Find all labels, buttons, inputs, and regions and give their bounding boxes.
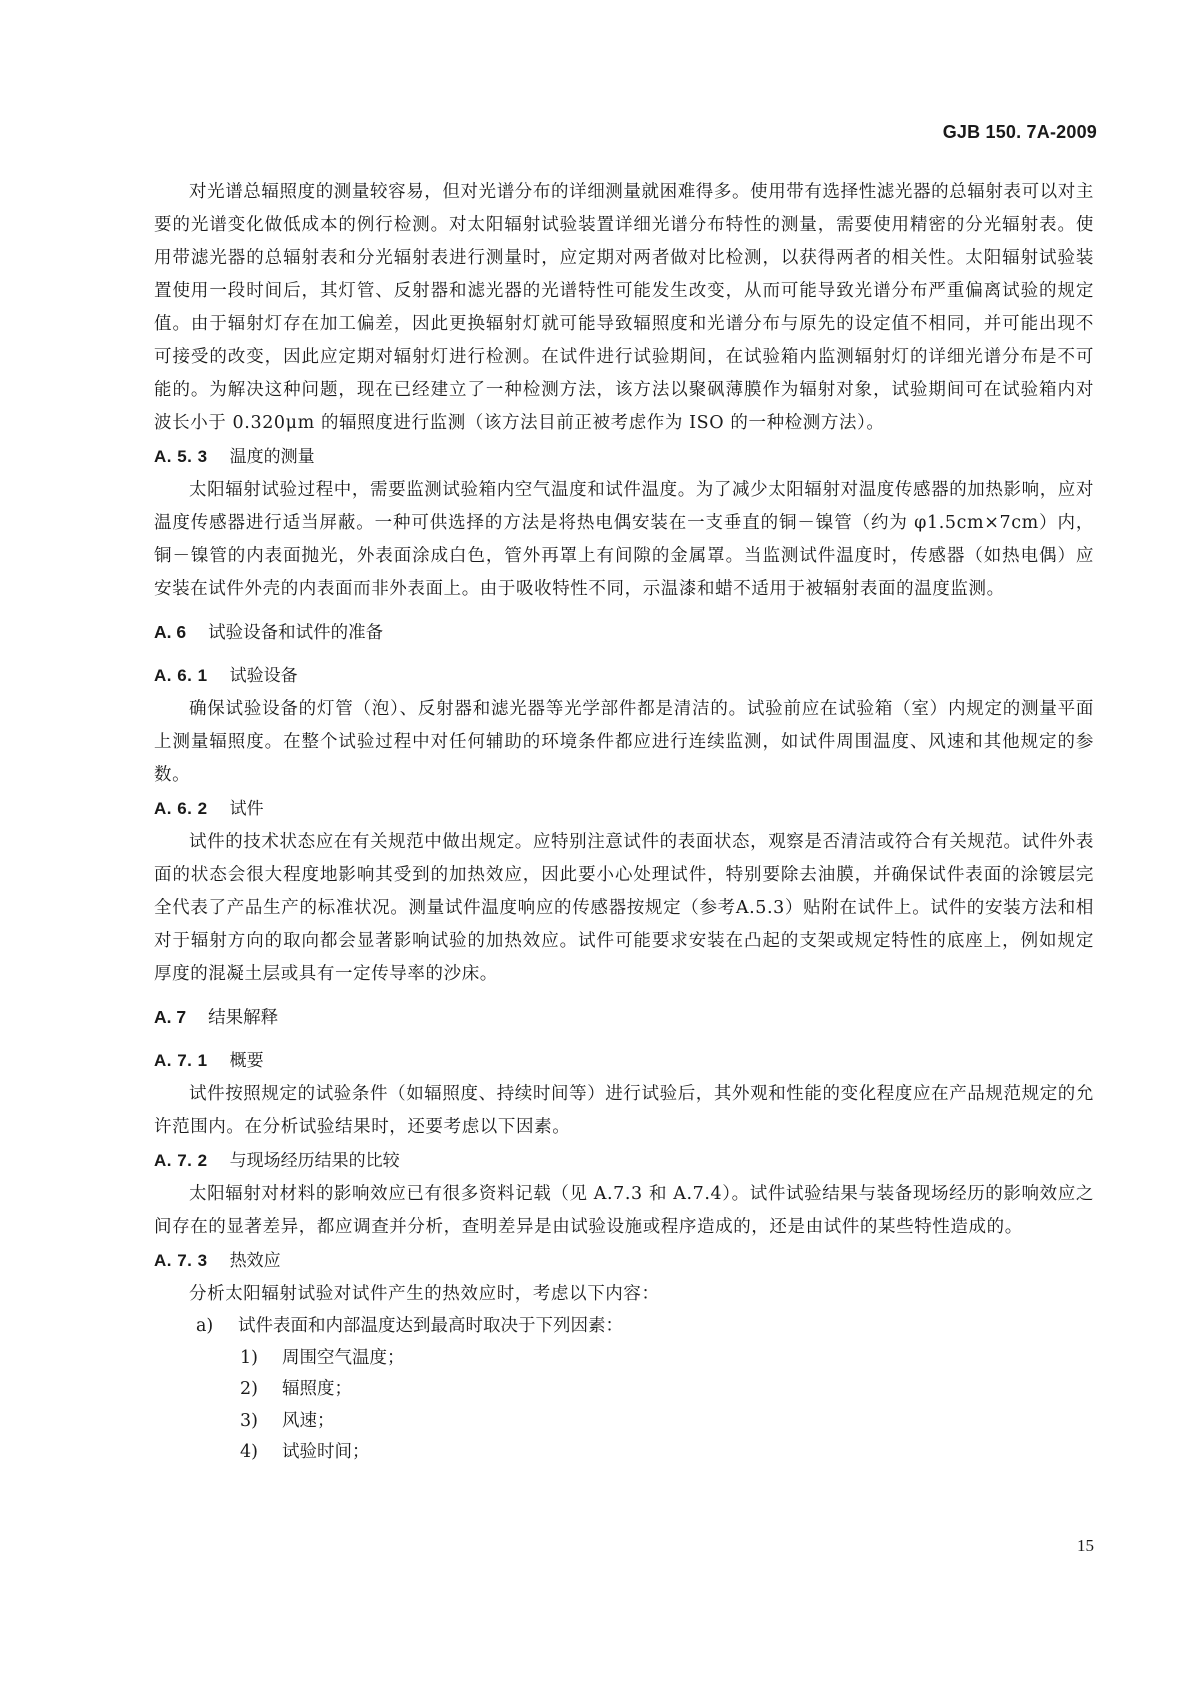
heading-a6: A. 6试验设备和试件的准备 [154,616,1094,650]
section-title: 结果解释 [208,1008,278,1028]
paragraph-a62: 试件的技术状态应在有关规范中做出规定。应特别注意试件的表面状态，观察是否清洁或符… [154,826,1094,991]
heading-a53: A. 5. 3温度的测量 [154,440,1094,474]
list-marker: 1) [240,1343,282,1375]
heading-a62: A. 6. 2试件 [154,792,1094,826]
paragraph-a71: 试件按照规定的试验条件（如辐照度、持续时间等）进行试验后，其外观和性能的变化程度… [154,1078,1094,1144]
paragraph-a53: 太阳辐射试验过程中，需要监测试验箱内空气温度和试件温度。为了减少太阳辐射对温度传… [154,474,1094,606]
list-text: 试验时间； [282,1442,370,1462]
section-number: A. 6. 2 [154,799,208,818]
section-number: A. 7. 1 [154,1051,208,1070]
heading-a73: A. 7. 3热效应 [154,1244,1094,1278]
list-text: 周围空气温度； [282,1348,405,1368]
section-number: A. 6. 1 [154,666,208,685]
section-number: A. 5. 3 [154,447,208,466]
paragraph-a72: 太阳辐射对材料的影响效应已有很多资料记载（见 A.7.3 和 A.7.4）。试件… [154,1178,1094,1244]
list-text: 试件表面和内部温度达到最高时取决于下列因素： [238,1316,623,1336]
paragraph-a73-intro: 分析太阳辐射试验对试件产生的热效应时，考虑以下内容： [154,1278,1094,1311]
list-marker: 2) [240,1374,282,1406]
section-number: A. 7 [154,1007,186,1027]
page-number: 15 [1077,1536,1094,1556]
list-marker: 3) [240,1406,282,1438]
list-text: 风速； [282,1411,335,1431]
list-text: 辐照度； [282,1379,352,1399]
heading-a61: A. 6. 1试验设备 [154,659,1094,693]
list-marker: 4) [240,1437,282,1469]
paragraph-spectral-measurement: 对光谱总辐照度的测量较容易，但对光谱分布的详细测量就困难得多。使用带有选择性滤光… [154,176,1094,440]
section-title: 试件 [230,799,264,819]
list-marker: a) [196,1311,238,1343]
section-number: A. 7. 2 [154,1151,208,1170]
section-number: A. 7. 3 [154,1251,208,1270]
list-item: 3)风速； [154,1406,1094,1438]
list-item: 2)辐照度； [154,1374,1094,1406]
section-title: 温度的测量 [230,447,315,467]
section-title: 概要 [230,1051,264,1071]
section-title: 与现场经历结果的比较 [230,1151,400,1171]
section-title: 试验设备 [230,666,298,686]
heading-a71: A. 7. 1概要 [154,1044,1094,1078]
section-title: 试验设备和试件的准备 [208,623,383,643]
heading-a7: A. 7结果解释 [154,1001,1094,1035]
page-content: 对光谱总辐照度的测量较容易，但对光谱分布的详细测量就困难得多。使用带有选择性滤光… [154,176,1094,1469]
list-item: 4)试验时间； [154,1437,1094,1469]
list-item-a: a)试件表面和内部温度达到最高时取决于下列因素： [154,1311,1094,1343]
list-item: 1)周围空气温度； [154,1343,1094,1375]
paragraph-a61: 确保试验设备的灯管（泡）、反射器和滤光器等光学部件都是清洁的。试验前应在试验箱（… [154,693,1094,792]
section-number: A. 6 [154,622,186,642]
section-title: 热效应 [230,1251,281,1271]
document-id-header: GJB 150. 7A-2009 [943,122,1097,143]
heading-a72: A. 7. 2与现场经历结果的比较 [154,1144,1094,1178]
